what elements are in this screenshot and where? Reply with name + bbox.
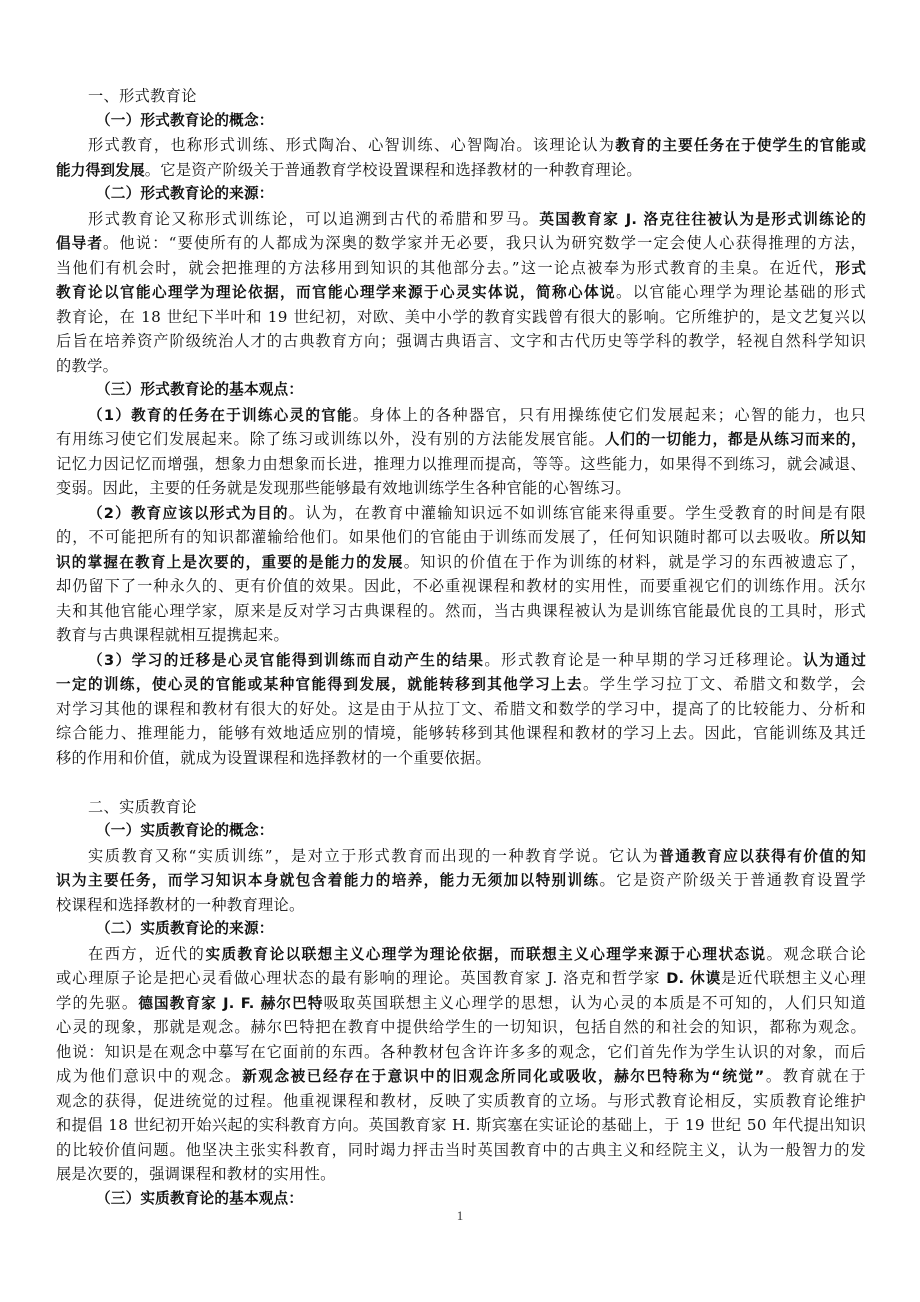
text-line: 识的掌握在教育上是次要的，重要的是能力的发展。知识的价值在于作为训练的材料，就是… (56, 550, 866, 575)
text-run: 心灵的现象，那就是观念。赫尔巴特把在教育中提供给学生的一切知识，包括自然的和社会… (56, 1018, 866, 1036)
bold-text-run: 实质教育论以联想主义心理学为理论依据，而联想主义心理学来源于心理状态说 (205, 946, 766, 963)
section-heading: 二、实质教育论 (56, 795, 866, 820)
text-run: 是近代联想主义心理 (721, 969, 866, 987)
text-line: 识为主要任务，而学习知识本身就包含着能力的培养，能力无须加以特别训练。它是资产阶… (56, 868, 866, 893)
text-run: 夫和其他官能心理学家，原来是反对学习古典课程的。然而，当古典课程被认为是训练官能… (56, 602, 866, 620)
subsection-heading: （二）实质教育论的来源： (56, 917, 866, 942)
text-run: 综合能力、推理能力，能够有效地适应别的情境，能够转移到其他课程和教材的学习上去。… (56, 724, 866, 742)
bold-text-run: （二）形式教育论的来源： (96, 185, 274, 202)
bold-text-run: 倡导者 (56, 235, 103, 252)
text-line: 倡导者。他说：“要使所有的人都成为深奥的数学家并无必要，我只认为研究数学一定会使… (56, 231, 866, 256)
bold-text-run: 认为通过 (803, 652, 866, 669)
text-run: 有用练习使它们发展起来。除了练习或训练以外，没有别的方法能发展官能。 (56, 430, 605, 448)
text-run: 对学习其他的课程和教材有很大的好处。这是由于从拉丁文、希腊文和数学的学习中，提高… (56, 700, 866, 718)
text-line: 却仍留下了一种永久的、更有价值的效果。因此，不必重视课程和教材的实用性，而要重视… (56, 574, 866, 599)
text-run: 校课程和选择教材的一种教育理论。 (56, 896, 305, 914)
bold-text-run: 形式 (835, 260, 866, 277)
text-line: 后旨在培养资产阶级统治人才的古典教育方向；强调古典语言、文字和古代历史等学科的教… (56, 329, 866, 354)
text-run: 变弱。因此，主要的任务就是发现那些能够最有效地训练学生各种官能的心智练习。 (56, 479, 631, 497)
bold-text-run: （一）实质教育论的概念： (96, 822, 274, 839)
bold-text-run: （三）形式教育论的基本观点： (96, 381, 303, 398)
bold-text-run: （三）实质教育论的基本观点： (96, 1190, 303, 1207)
text-line: 教育论以官能心理学为理论依据，而官能心理学来源于心灵实体说，简称心体说。以官能心… (56, 280, 866, 305)
text-line: 一定的训练，使心灵的官能或某种官能得到发展，就能转移到其他学习上去。学生学习拉丁… (56, 672, 866, 697)
page-number: 1 (0, 1208, 920, 1224)
text-run: 观念的获得，促进统觉的过程。他重视课程和教材，反映了实质教育的立场。与形式教育论… (56, 1092, 866, 1110)
text-line: 有用练习使它们发展起来。除了练习或训练以外，没有别的方法能发展官能。人们的一切能… (56, 427, 866, 452)
paragraph-first-line: 在西方，近代的实质教育论以联想主义心理学为理论依据，而联想主义心理学来源于心理状… (56, 942, 866, 967)
text-run: 当他们有机会时，就会把推理的方法移用到知识的其他部分去。”这一论点被奉为形式教育… (56, 259, 835, 277)
paragraph-first-line: 形式教育，也称形式训练、形式陶冶、心智训练、心智陶冶。该理论认为教育的主要任务在… (56, 133, 866, 158)
text-run: 的，不可能把所有的知识都灌输给他们。如果他们的官能由于训练而发展了，任何知识随时… (56, 528, 820, 546)
bold-text-run: 教育的主要任务在于使学生的官能或 (615, 137, 866, 154)
text-line: 夫和其他官能心理学家，原来是反对学习古典课程的。然而，当古典课程被认为是训练官能… (56, 599, 866, 624)
text-run: 。它是资产阶级关于普通教育学校设置课程和选择教材的一种教育理论。 (145, 161, 642, 179)
paragraph-first-line: 实质教育又称“实质训练”，是对立于形式教育而出现的一种教育学说。它认为普通教育应… (56, 844, 866, 869)
text-line: 的比较价值问题。他坚决主张实科教育，同时竭力抨击当时英国教育中的古典主义和经院主… (56, 1138, 866, 1163)
text-run: 的教学。 (56, 357, 118, 375)
text-run: 。教育就在于 (764, 1067, 866, 1085)
bold-text-run: 德国教育家 J. F. 赫尔巴特 (138, 995, 323, 1012)
text-line: 移的作用和价值，就成为设置课程和选择教材的一个重要依据。 (56, 746, 866, 771)
text-line: 教育与古典课程就相互提携起来。 (56, 623, 866, 648)
subsection-heading: （二）形式教育论的来源： (56, 182, 866, 207)
text-run: 移的作用和价值，就成为设置课程和选择教材的一个重要依据。 (56, 749, 491, 767)
text-line: 心灵的现象，那就是观念。赫尔巴特把在教育中提供给学生的一切知识，包括自然的和社会… (56, 1015, 866, 1040)
bold-text-run: （1）教育的任务在于训练心灵的官能 (88, 407, 353, 424)
text-run: 或心理原子论是把心灵看做心理状态的最有影响的理论。英国教育家 J. 洛克和哲学家 (56, 969, 666, 987)
document-page: 一、形式教育论（一）形式教育论的概念：形式教育，也称形式训练、形式陶冶、心智训练… (0, 0, 920, 1302)
text-line: 他说：知识是在观念中摹写在它面前的东西。各种教材包含许许多多的观念，它们首先作为… (56, 1040, 866, 1065)
text-line: 或心理原子论是把心灵看做心理状态的最有影响的理论。英国教育家 J. 洛克和哲学家… (56, 966, 866, 991)
text-run: 他说：知识是在观念中摹写在它面前的东西。各种教材包含许许多多的观念，它们首先作为… (56, 1043, 866, 1061)
text-run: 却仍留下了一种永久的、更有价值的效果。因此，不必重视课程和教材的实用性，而要重视… (56, 577, 866, 595)
bold-text-run: 教育论以官能心理学为理论依据，而官能心理学来源于心灵实体说，简称心体说 (56, 284, 616, 301)
bold-text-run: （2）教育应该以形式为目的 (88, 505, 289, 522)
text-run: 成为他们意识中的观念。 (56, 1067, 242, 1085)
text-line: 当他们有机会时，就会把推理的方法移用到知识的其他部分去。”这一论点被奉为形式教育… (56, 256, 866, 281)
text-run: 和提倡 18 世纪初开始兴起的实科教育方向。英国教育家 H. 斯宾塞在实证论的基… (56, 1116, 866, 1134)
bold-text-run: 所以知 (820, 529, 866, 546)
text-run: 。他说：“要使所有的人都成为深奥的数学家并无必要，我只认为研究数学一定会使人心获… (103, 234, 866, 252)
bold-text-run: 英国教育家 J. 洛克往往被认为是形式训练论的 (539, 211, 866, 228)
bold-text-run: D. 休谟 (666, 970, 721, 987)
bold-text-run: 识的掌握在教育上是次要的，重要的是能力的发展 (56, 554, 404, 571)
text-run: 吸取英国联想主义心理学的思想，认为心灵的本质是不可知的，人们只知道 (324, 994, 866, 1012)
text-line: 能力得到发展。它是资产阶级关于普通教育学校设置课程和选择教材的一种教育理论。 (56, 158, 866, 183)
bold-text-run: 识为主要任务，而学习知识本身就包含着能力的培养，能力无须加以特别训练 (56, 872, 600, 889)
text-run: 后旨在培养资产阶级统治人才的古典教育方向；强调古典语言、文字和古代历史等学科的教… (56, 332, 866, 350)
subsection-heading: （三）形式教育论的基本观点： (56, 378, 866, 403)
text-run: 在西方，近代的 (88, 945, 205, 963)
text-run: 形式教育，也称形式训练、形式陶冶、心智训练、心智陶冶。该理论认为 (88, 136, 615, 154)
bold-text-run: （二）实质教育论的来源： (96, 920, 274, 937)
section-heading: 一、形式教育论 (56, 84, 866, 109)
text-run: 。身体上的各种器官，只有用操练使它们发展起来；心智的能力，也只 (353, 406, 866, 424)
bold-text-run: 能力得到发展 (56, 162, 145, 179)
text-line: 的教学。 (56, 354, 866, 379)
text-run: 。形式教育论是一种早期的学习迁移理论。 (484, 651, 803, 669)
text-line: 和提倡 18 世纪初开始兴起的实科教育方向。英国教育家 H. 斯宾塞在实证论的基… (56, 1113, 866, 1138)
text-run: 记忆力因记忆而增强，想象力由想象而长进，推理力以推理而提高，等等。这些能力，如果… (56, 455, 866, 473)
text-line: 综合能力、推理能力，能够有效地适应别的情境，能够转移到其他课程和教材的学习上去。… (56, 721, 866, 746)
bold-text-run: 新观念被已经存在于意识中的旧观念所同化或吸收，赫尔巴特称为“统觉” (242, 1068, 764, 1085)
paragraph-first-line: （1）教育的任务在于训练心灵的官能。身体上的各种器官，只有用操练使它们发展起来；… (56, 403, 866, 428)
text-run: 二、实质教育论 (88, 798, 197, 816)
text-line: 成为他们意识中的观念。新观念被已经存在于意识中的旧观念所同化或吸收，赫尔巴特称为… (56, 1064, 866, 1089)
text-line: 变弱。因此，主要的任务就是发现那些能够最有效地训练学生各种官能的心智练习。 (56, 476, 866, 501)
bold-text-run: 人们的一切能力，都是从练习而来的， (605, 431, 866, 448)
text-line: 学的先驱。德国教育家 J. F. 赫尔巴特吸取英国联想主义心理学的思想，认为心灵… (56, 991, 866, 1016)
blank-line (56, 770, 866, 795)
text-run: 教育论，在 18 世纪下半叶和 19 世纪初，对欧、美中小学的教育实践曾有很大的… (56, 308, 866, 326)
bold-text-run: 普通教育应以获得有价值的知 (659, 848, 866, 865)
text-line: 对学习其他的课程和教材有很大的好处。这是由于从拉丁文、希腊文和数学的学习中，提高… (56, 697, 866, 722)
text-run: 。知识的价值在于作为训练的材料，就是学习的东西被遗忘了， (404, 553, 866, 571)
subsection-heading: （一）实质教育论的概念： (56, 819, 866, 844)
text-run: 。以官能心理学为理论基础的形式 (616, 283, 866, 301)
text-run: 。观念联合论 (767, 945, 866, 963)
text-line: 观念的获得，促进统觉的过程。他重视课程和教材，反映了实质教育的立场。与形式教育论… (56, 1089, 866, 1114)
text-run: 。认为，在教育中灌输知识远不如训练官能来得重要。学生受教育的时间是有限 (289, 504, 866, 522)
bold-text-run: （3）学习的迁移是心灵官能得到训练而自动产生的结果 (88, 652, 484, 669)
paragraph-first-line: （3）学习的迁移是心灵官能得到训练而自动产生的结果。形式教育论是一种早期的学习迁… (56, 648, 866, 673)
text-run: 教育与古典课程就相互提携起来。 (56, 626, 289, 644)
text-run: 一、形式教育论 (88, 87, 197, 105)
text-run: 。它是资产阶级关于普通教育设置学 (600, 871, 866, 889)
text-line: 记忆力因记忆而增强，想象力由想象而长进，推理力以推理而提高，等等。这些能力，如果… (56, 452, 866, 477)
text-line: 展是次要的，强调课程和教材的实用性。 (56, 1162, 866, 1187)
paragraph-first-line: 形式教育论又称形式训练论，可以追溯到古代的希腊和罗马。英国教育家 J. 洛克往往… (56, 207, 866, 232)
text-run: 的比较价值问题。他坚决主张实科教育，同时竭力抨击当时英国教育中的古典主义和经院主… (56, 1141, 866, 1159)
text-run: 。学生学习拉丁文、希腊文和数学，会 (583, 675, 866, 693)
text-line: 的，不可能把所有的知识都灌输给他们。如果他们的官能由于训练而发展了，任何知识随时… (56, 525, 866, 550)
bold-text-run: 一定的训练，使心灵的官能或某种官能得到发展，就能转移到其他学习上去 (56, 676, 583, 693)
document-body: 一、形式教育论（一）形式教育论的概念：形式教育，也称形式训练、形式陶冶、心智训练… (56, 84, 866, 1211)
text-run: 展是次要的，强调课程和教材的实用性。 (56, 1165, 336, 1183)
subsection-heading: （一）形式教育论的概念： (56, 109, 866, 134)
text-run: 形式教育论又称形式训练论，可以追溯到古代的希腊和罗马。 (88, 210, 539, 228)
paragraph-first-line: （2）教育应该以形式为目的。认为，在教育中灌输知识远不如训练官能来得重要。学生受… (56, 501, 866, 526)
text-line: 教育论，在 18 世纪下半叶和 19 世纪初，对欧、美中小学的教育实践曾有很大的… (56, 305, 866, 330)
text-run: 学的先驱。 (56, 994, 138, 1012)
text-line: 校课程和选择教材的一种教育理论。 (56, 893, 866, 918)
text-run: 实质教育又称“实质训练”，是对立于形式教育而出现的一种教育学说。它认为 (88, 847, 659, 865)
bold-text-run: （一）形式教育论的概念： (96, 112, 274, 129)
